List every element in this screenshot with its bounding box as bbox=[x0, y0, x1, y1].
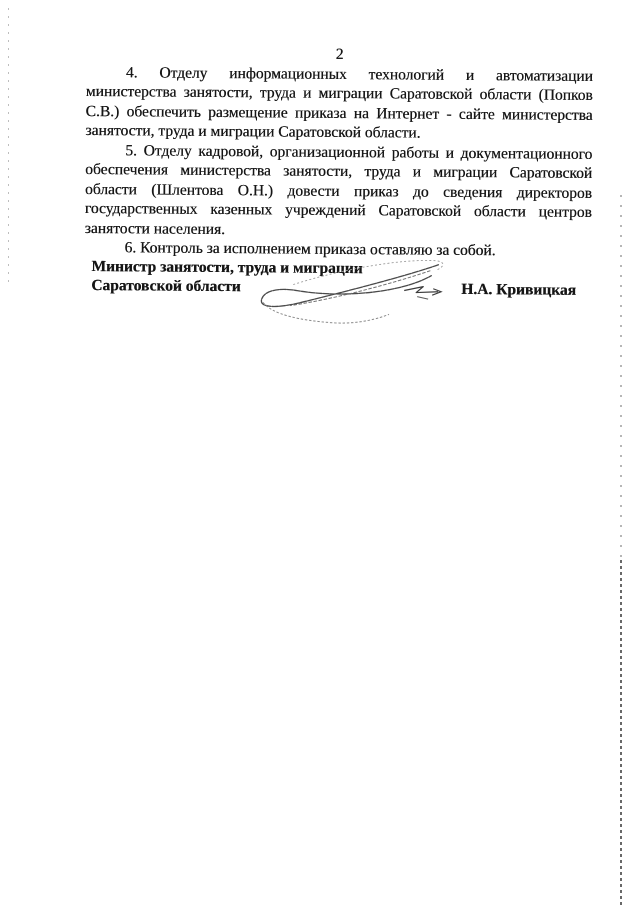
scanned-document-page: 2 4. Отделу информационных технологий и … bbox=[0, 0, 640, 905]
scan-artifact-left-edge bbox=[8, 8, 9, 283]
scan-artifact-right-edge-bottom bbox=[620, 560, 622, 905]
paragraph-item-4: 4. Отделу информационных технологий и ав… bbox=[85, 62, 593, 144]
handwritten-signature-icon bbox=[248, 247, 454, 333]
scan-area: 2 4. Отделу информационных технологий и … bbox=[0, 0, 640, 905]
paragraph-item-5: 5. Отделу кадровой, организационной рабо… bbox=[85, 140, 593, 241]
scan-artifact-right-edge-top bbox=[620, 195, 622, 560]
document-body: 2 4. Отделу информационных технологий и … bbox=[84, 43, 593, 261]
signer-name: Н.А. Кривицкая bbox=[461, 281, 576, 300]
